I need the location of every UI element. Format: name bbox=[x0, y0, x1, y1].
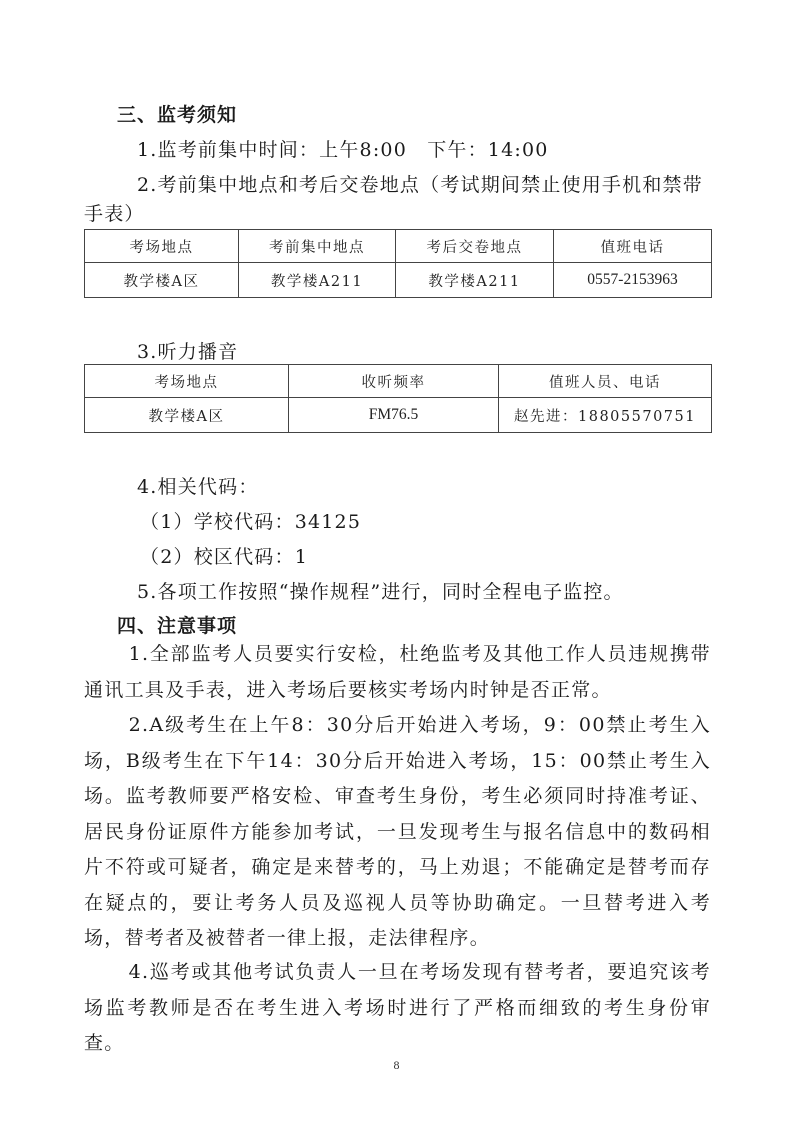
table-header-cell: 考场地点 bbox=[85, 230, 239, 263]
listening-broadcast-item: 3.听力播音 bbox=[137, 340, 238, 364]
broadcast-table: 考场地点 收听频率 值班人员、电话 教学楼A区 FM76.5 赵先进：18805… bbox=[84, 364, 712, 433]
codes-item: 4.相关代码： bbox=[137, 475, 259, 499]
section-4-heading: 四、注意事项 bbox=[117, 614, 237, 638]
table-cell: 教学楼A区 bbox=[85, 398, 289, 433]
table-row: 教学楼A区 FM76.5 赵先进：18805570751 bbox=[85, 398, 712, 433]
section-3-heading: 三、监考须知 bbox=[117, 103, 237, 127]
notice-paragraph-2: 2.A级考生在上午8：30分后开始进入考场，9：00禁止考生入场，B级考生在下午… bbox=[84, 708, 711, 957]
table-header-cell: 考后交卷地点 bbox=[396, 230, 554, 263]
table-header-row: 考场地点 考前集中地点 考后交卷地点 值班电话 bbox=[85, 230, 712, 263]
table-header-cell: 收听频率 bbox=[289, 365, 499, 398]
location-item-line2: 手表） bbox=[84, 202, 145, 226]
table-cell: 教学楼A区 bbox=[85, 263, 239, 298]
location-item-line1: 2.考前集中地点和考后交卷地点（考试期间禁止使用手机和禁带 bbox=[137, 173, 703, 197]
table-cell: 教学楼A211 bbox=[239, 263, 396, 298]
assembly-time-item: 1.监考前集中时间：上午8:00 下午：14:00 bbox=[137, 138, 549, 162]
location-table: 考场地点 考前集中地点 考后交卷地点 值班电话 教学楼A区 教学楼A211 教学… bbox=[84, 229, 712, 298]
campus-code-item: （2）校区代码：1 bbox=[140, 545, 308, 569]
page-number: 8 bbox=[0, 1058, 793, 1073]
notice-paragraph-1: 1.全部监考人员要实行安检，杜绝监考及其他工作人员违规携带通讯工具及手表，进入考… bbox=[84, 637, 711, 708]
table-cell: 教学楼A211 bbox=[396, 263, 554, 298]
table-cell: 赵先进：18805570751 bbox=[499, 398, 712, 433]
table-header-cell: 考前集中地点 bbox=[239, 230, 396, 263]
table-cell: 0557-2153963 bbox=[554, 263, 712, 298]
notice-paragraph-4: 4.巡考或其他考试负责人一旦在考场发现有替考者，要追究该考场监考教师是否在考生进… bbox=[84, 955, 711, 1062]
table-header-row: 考场地点 收听频率 值班人员、电话 bbox=[85, 365, 712, 398]
table-header-cell: 考场地点 bbox=[85, 365, 289, 398]
procedure-item: 5.各项工作按照“操作规程”进行，同时全程电子监控。 bbox=[137, 580, 624, 604]
table-header-cell: 值班人员、电话 bbox=[499, 365, 712, 398]
table-cell: FM76.5 bbox=[289, 398, 499, 433]
table-row: 教学楼A区 教学楼A211 教学楼A211 0557-2153963 bbox=[85, 263, 712, 298]
table-header-cell: 值班电话 bbox=[554, 230, 712, 263]
school-code-item: （1）学校代码：34125 bbox=[140, 510, 361, 534]
